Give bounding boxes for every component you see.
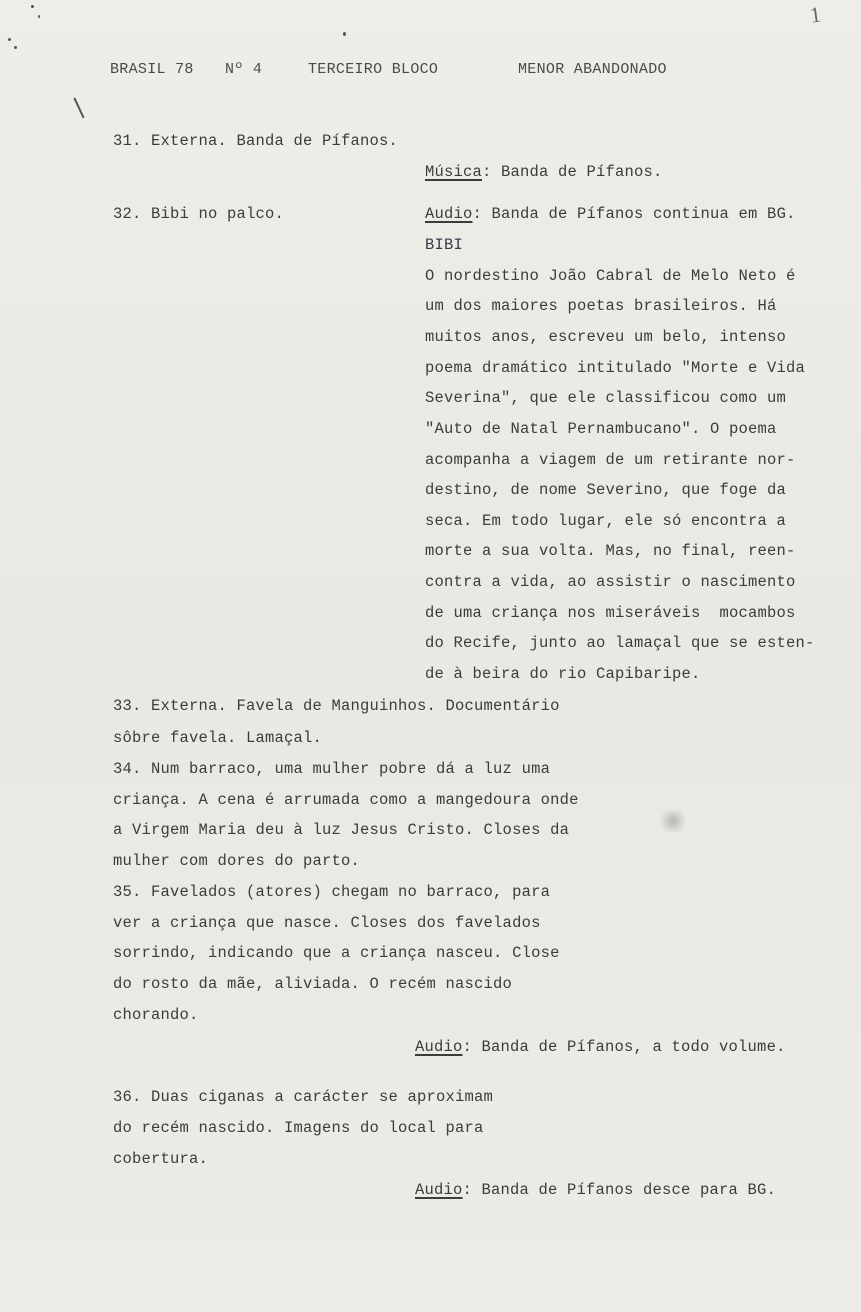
header-issue: Nº 4 bbox=[225, 60, 262, 80]
scene-33-line: sôbre favela. Lamaçal. bbox=[113, 728, 322, 748]
header-program: BRASIL 78 bbox=[110, 60, 194, 80]
speck bbox=[343, 32, 346, 36]
typewritten-script-page: 1 BRASIL 78 Nº 4 TERCEIRO BLOCO MENOR AB… bbox=[0, 0, 861, 1312]
dialogue-line: destino, de nome Severino, que foge da bbox=[425, 480, 786, 500]
audio-text: : Banda de Pífanos, a todo volume. bbox=[463, 1038, 786, 1056]
speaker-name: BIBI bbox=[425, 235, 463, 255]
audio-label: Audio bbox=[415, 1181, 463, 1199]
ink-smudge bbox=[658, 810, 688, 832]
dialogue-line: muitos anos, escreveu um belo, intenso bbox=[425, 327, 786, 347]
dialogue-line: acompanha a viagem de um retirante nor- bbox=[425, 450, 796, 470]
dialogue-line: morte a sua volta. Mas, no final, reen- bbox=[425, 541, 796, 561]
scene-35-line: sorrindo, indicando que a criança nasceu… bbox=[113, 943, 560, 963]
dialogue-line: seca. Em todo lugar, ele só encontra a bbox=[425, 511, 786, 531]
dialogue-line: de à beira do rio Capibaripe. bbox=[425, 664, 701, 684]
header-block: TERCEIRO BLOCO bbox=[308, 60, 438, 80]
speck bbox=[14, 46, 17, 49]
scene-36-line: cobertura. bbox=[113, 1149, 208, 1169]
scene-34-line: criança. A cena é arrumada como a manged… bbox=[113, 790, 579, 810]
scene-35-line: ver a criança que nasce. Closes dos fave… bbox=[113, 913, 541, 933]
scene-35-line: 35. Favelados (atores) chegam no barraco… bbox=[113, 882, 550, 902]
scene-36-line: do recém nascido. Imagens do local para bbox=[113, 1118, 484, 1138]
pen-mark bbox=[73, 98, 84, 119]
dialogue-line: contra a vida, ao assistir o nascimento bbox=[425, 572, 796, 592]
audio-text: : Banda de Pífanos desce para BG. bbox=[463, 1181, 777, 1199]
speck bbox=[8, 38, 11, 41]
scene-36-audio-cue: Audio: Banda de Pífanos desce para BG. bbox=[415, 1180, 776, 1200]
scene-32-audio-cue: Audio: Banda de Pífanos continua em BG. bbox=[425, 204, 796, 224]
dialogue-line: um dos maiores poetas brasileiros. Há bbox=[425, 296, 777, 316]
scene-33-line: 33. Externa. Favela de Manguinhos. Docum… bbox=[113, 696, 560, 716]
music-label: Música bbox=[425, 163, 482, 181]
scene-34-line: mulher com dores do parto. bbox=[113, 851, 360, 871]
audio-label: Audio bbox=[425, 205, 473, 223]
audio-text: : Banda de Pífanos continua em BG. bbox=[473, 205, 796, 223]
scene-31-music-cue: Música: Banda de Pífanos. bbox=[425, 162, 663, 182]
dialogue-line: O nordestino João Cabral de Melo Neto é bbox=[425, 266, 796, 286]
scene-34-line: 34. Num barraco, uma mulher pobre dá a l… bbox=[113, 759, 550, 779]
audio-label: Audio bbox=[415, 1038, 463, 1056]
scene-32-text: 32. Bibi no palco. bbox=[113, 204, 284, 224]
speck bbox=[31, 5, 34, 8]
speck bbox=[38, 15, 40, 18]
scene-35-line: do rosto da mãe, aliviada. O recém nasci… bbox=[113, 974, 512, 994]
dialogue-line: Severina", que ele classificou como um bbox=[425, 388, 786, 408]
scene-35-line: chorando. bbox=[113, 1005, 199, 1025]
handwritten-page-number: 1 bbox=[808, 1, 823, 28]
scene-36-line: 36. Duas ciganas a carácter se aproximam bbox=[113, 1087, 493, 1107]
scene-35-audio-cue: Audio: Banda de Pífanos, a todo volume. bbox=[415, 1037, 786, 1057]
dialogue-line: de uma criança nos miseráveis mocambos bbox=[425, 603, 796, 623]
music-text: : Banda de Pífanos. bbox=[482, 163, 663, 181]
header-topic: MENOR ABANDONADO bbox=[518, 60, 667, 80]
scene-34-line: a Virgem Maria deu à luz Jesus Cristo. C… bbox=[113, 820, 569, 840]
dialogue-line: do Recife, junto ao lamaçal que se esten… bbox=[425, 633, 815, 653]
scene-31-text: 31. Externa. Banda de Pífanos. bbox=[113, 131, 398, 151]
dialogue-line: "Auto de Natal Pernambucano". O poema bbox=[425, 419, 777, 439]
dialogue-line: poema dramático intitulado "Morte e Vida bbox=[425, 358, 805, 378]
